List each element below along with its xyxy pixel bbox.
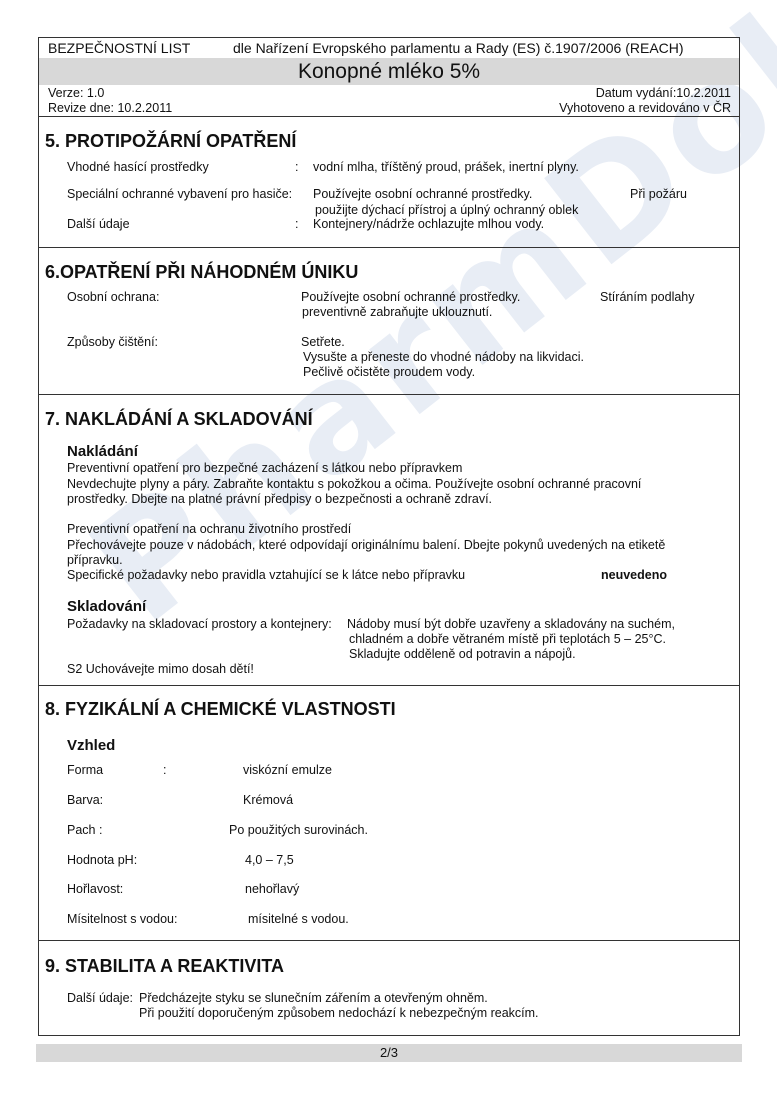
property-label: Hodnota pH: <box>67 853 137 867</box>
storage-title: Skladování <box>67 598 146 615</box>
row-value: vodní mlha, tříštěný proud, prášek, iner… <box>313 160 579 174</box>
product-name: Konopné mléko 5% <box>39 58 739 85</box>
row-value: Kontejnery/nádrže ochlazujte mlhou vody. <box>313 217 544 231</box>
env-line: Přechovávejte pouze v nádobách, které od… <box>67 538 665 552</box>
property-label: Barva: <box>67 793 103 807</box>
section-9: 9. STABILITA A REAKTIVITA Další údaje: P… <box>38 941 740 1036</box>
other-info-line: Při použití doporučeným způsobem nedochá… <box>139 1006 539 1020</box>
row-label: Speciální ochranné vybavení pro hasiče: <box>67 187 292 201</box>
section-5-title: 5. PROTIPOŽÁRNÍ OPATŘENÍ <box>45 131 296 152</box>
document-header: BEZPEČNOSTNÍ LIST dle Nařízení Evropskéh… <box>38 37 740 117</box>
property-label: Hořlavost: <box>67 882 123 896</box>
property-value: nehořlavý <box>245 882 299 896</box>
storage-line: Nádoby musí být dobře uzavřeny a skladov… <box>347 617 675 631</box>
section-6: 6.OPATŘENÍ PŘI NÁHODNÉM ÚNIKU Osobní och… <box>38 248 740 395</box>
revision-date: Revize dne: 10.2.2011 <box>48 101 172 115</box>
other-info-label: Další údaje: <box>67 991 133 1005</box>
section-7: 7. NAKLÁDÁNÍ A SKLADOVÁNÍ Nakládání Prev… <box>38 395 740 686</box>
section-8-title: 8. FYZIKÁLNÍ A CHEMICKÉ VLASTNOSTI <box>45 699 396 720</box>
property-label: Mísitelnost s vodou: <box>67 912 177 926</box>
doc-type: BEZPEČNOSTNÍ LIST <box>48 40 190 56</box>
property-value: Krémová <box>243 793 293 807</box>
handling-title: Nakládání <box>67 443 138 460</box>
row-value-right: Stíráním podlahy <box>600 290 695 304</box>
storage-line: chladném a dobře větraném místě při tepl… <box>349 632 666 646</box>
row-value-2: Vysušte a přeneste do vhodné nádoby na l… <box>303 350 584 364</box>
env-line: Preventivní opatření na ochranu životníh… <box>67 522 351 536</box>
row-value: Setřete. <box>301 335 345 349</box>
row-value-right: Při požáru <box>630 187 687 201</box>
section-5: 5. PROTIPOŽÁRNÍ OPATŘENÍ Vhodné hasící p… <box>38 117 740 248</box>
property-colon: : <box>163 763 166 777</box>
handling-line: prostředky. Dbejte na platné právní před… <box>67 492 492 506</box>
s2-phrase: S2 Uchovávejte mimo dosah dětí! <box>67 662 254 676</box>
storage-label: Požadavky na skladovací prostory a konte… <box>67 617 332 631</box>
row-label: Způsoby čištění: <box>67 335 158 349</box>
other-info-line: Předcházejte styku se slunečním zářením … <box>139 991 488 1005</box>
section-6-title: 6.OPATŘENÍ PŘI NÁHODNÉM ÚNIKU <box>45 262 358 283</box>
row-label: Další údaje <box>67 217 130 231</box>
row-label: Vhodné hasící prostředky <box>67 160 209 174</box>
row-value: Používejte osobní ochranné prostředky. <box>301 290 520 304</box>
property-value: viskózní emulze <box>243 763 332 777</box>
page-number: 2/3 <box>36 1044 742 1062</box>
prepared-in: Vyhotoveno a revidováno v ČR <box>559 101 731 115</box>
property-label: Pach : <box>67 823 102 837</box>
property-value: Po použitých surovinách. <box>229 823 368 837</box>
row-colon: : <box>295 217 298 231</box>
row-value: Používejte osobní ochranné prostředky. <box>313 187 532 201</box>
property-label: Forma <box>67 763 103 777</box>
regulation: dle Nařízení Evropského parlamentu a Rad… <box>233 40 684 56</box>
section-8: 8. FYZIKÁLNÍ A CHEMICKÉ VLASTNOSTI Vzhle… <box>38 686 740 941</box>
row-value-2: preventivně zabraňujte uklouznutí. <box>302 305 492 319</box>
row-label: Osobní ochrana: <box>67 290 159 304</box>
row-value-2: použijte dýchací přístroj a úplný ochran… <box>315 203 578 217</box>
env-line: přípravku. <box>67 553 123 567</box>
issue-date: Datum vydání:10.2.2011 <box>596 86 731 100</box>
storage-line: Skladujte odděleně od potravin a nápojů. <box>349 647 576 661</box>
property-value: 4,0 – 7,5 <box>245 853 294 867</box>
section-9-title: 9. STABILITA A REAKTIVITA <box>45 956 284 977</box>
row-value-3: Pečlivě očistěte proudem vody. <box>303 365 475 379</box>
property-value: mísitelné s vodou. <box>248 912 349 926</box>
specific-value: neuvedeno <box>601 568 667 582</box>
section-7-title: 7. NAKLÁDÁNÍ A SKLADOVÁNÍ <box>45 409 313 430</box>
row-colon: : <box>295 160 298 174</box>
version: Verze: 1.0 <box>48 86 104 100</box>
handling-line: Preventivní opatření pro bezpečné zacház… <box>67 461 462 475</box>
handling-line: Nevdechujte plyny a páry. Zabraňte konta… <box>67 477 641 491</box>
specific-label: Specifické požadavky nebo pravidla vztah… <box>67 568 465 582</box>
appearance-title: Vzhled <box>67 737 115 754</box>
